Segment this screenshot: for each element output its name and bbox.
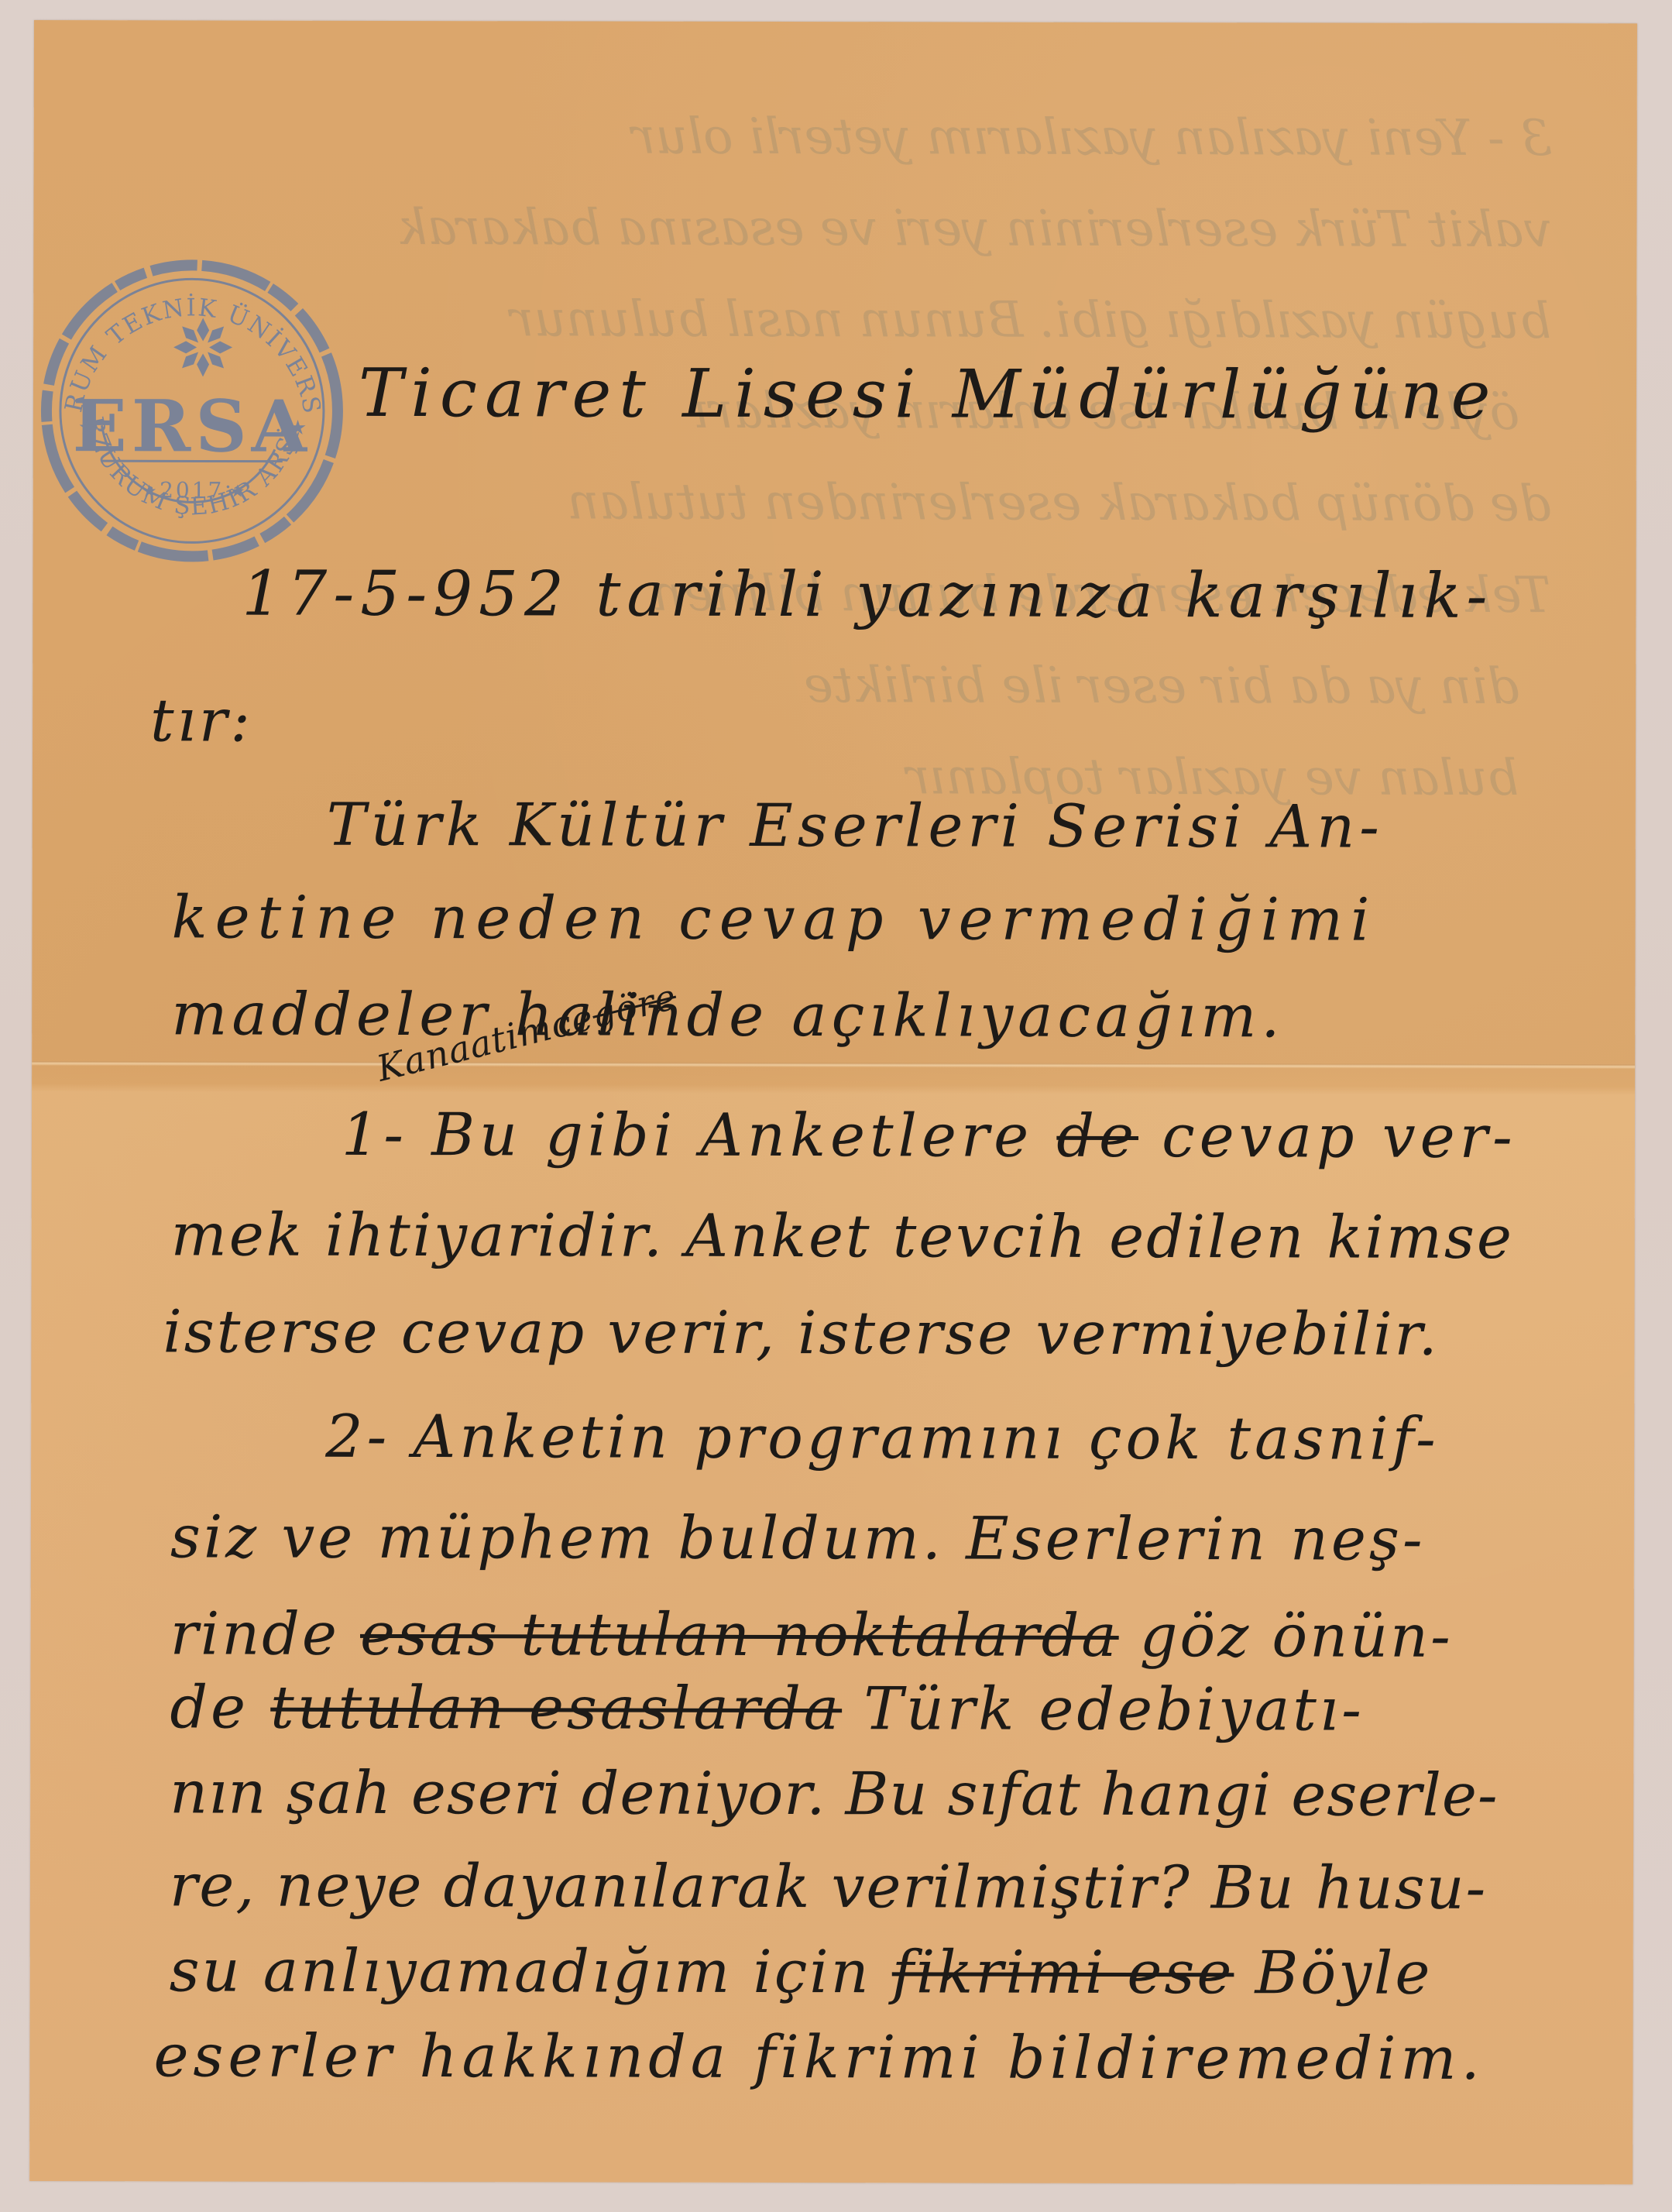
letter-line: tır:	[150, 691, 253, 750]
snowflake-icon	[173, 318, 232, 376]
letter-addressee: Ticaret Lisesi Müdürlüğüne	[359, 360, 1499, 429]
letter-line-date: 17-5-952 tarihli yazınıza karşılık-	[242, 563, 1493, 627]
letter-line: re, neye dayanılarak verilmiştir? Bu hus…	[170, 1856, 1487, 1918]
letter-line: rinde esas tutulan noktalarda göz önün-	[170, 1604, 1453, 1665]
letter-item-2: 2- Anketin programını çok tasnif-	[325, 1407, 1440, 1468]
reverse-side-bleed-through: 3 - Yeni yazılan yazılarım yeterli olur …	[156, 90, 1552, 824]
letter-line-paragraph-start: Türk Kültür Eserleri Serisi An-	[327, 795, 1384, 857]
letter-line: maddeler halinde açıklıyacağım.	[171, 984, 1284, 1046]
letter-line: isterse cevap verir, isterse vermiyebili…	[163, 1302, 1439, 1363]
letter-line: ketine neden cevap vermediğimi	[171, 888, 1377, 949]
letter-item-1: Kanaatimcegöre 1- Bu gibi Anketlere de c…	[342, 1105, 1517, 1166]
letter-paper: 3 - Yeni yazılan yazılarım yeterli olur …	[29, 20, 1637, 2184]
letter-line-last: eserler hakkında fikrimi bildiremedim.	[153, 2026, 1484, 2088]
stamp-year-star-left-icon: ★	[142, 481, 157, 500]
archive-stamp: ERZURUM TEKNİK ÜNİVERSİTESİ ERZURUM ŞEHİ…	[33, 248, 352, 566]
stamp-star-left-icon: ★	[78, 416, 96, 438]
stamp-star-right-icon: ★	[289, 417, 307, 439]
letter-line: siz ve müphem buldum. Eserlerin neş-	[170, 1507, 1426, 1568]
stamp-center-text: ERSA	[73, 384, 312, 469]
stamp-year-star-right-icon: ★	[230, 482, 245, 501]
letter-line: de tutulan esaslarda Türk edebiyatı-	[170, 1678, 1365, 1739]
letter-line: nın şah eseri deniyor. Bu sıfat hangi es…	[170, 1763, 1499, 1825]
letter-line: su anlıyamadığım için fikrimi ese Böyle	[170, 1941, 1433, 2002]
letter-line: mek ihtiyaridir. Anket tevcih edilen kim…	[171, 1205, 1514, 1267]
paper-fold-crease	[32, 1061, 1635, 1069]
stamp-year: 2017	[160, 477, 224, 503]
